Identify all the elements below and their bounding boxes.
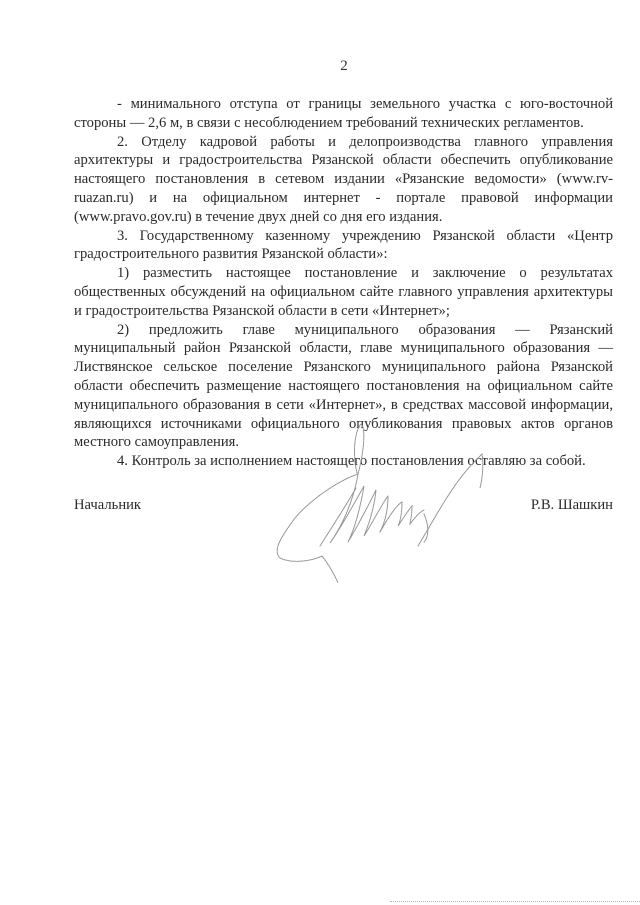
handwritten-signature-icon xyxy=(260,418,490,583)
signatory-name: Р.В. Шашкин xyxy=(531,497,613,514)
signatory-title: Начальник xyxy=(74,497,141,514)
page-number: 2 xyxy=(0,58,640,75)
paragraph-subitem-1-placement: 1) разместить настоящее постановление и … xyxy=(74,264,613,320)
footer-dotted-line xyxy=(390,901,640,904)
document-body: - минимального отступа от границы земель… xyxy=(74,95,613,471)
paragraph-setback-clause: - минимального отступа от границы земель… xyxy=(74,95,613,133)
paragraph-item-2-publication: 2. Отделу кадровой работы и делопроизвод… xyxy=(74,133,613,227)
paragraph-item-3-institution: 3. Государственному казенному учреждению… xyxy=(74,227,613,265)
